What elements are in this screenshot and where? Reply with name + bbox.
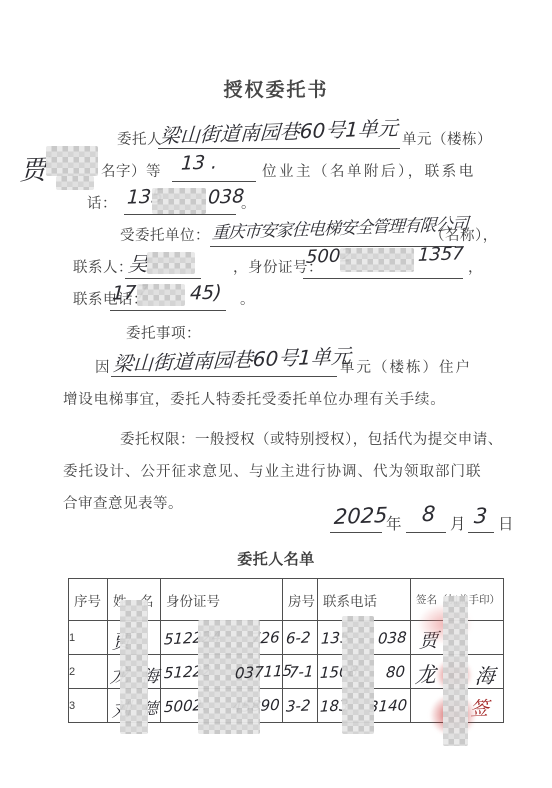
censor-patch bbox=[56, 176, 94, 190]
censor-patch bbox=[120, 600, 148, 734]
censor-patch bbox=[137, 284, 185, 306]
document-page: 授权委托书 委托人 梁山街道南园巷60号1单元 单元（楼栋） 贾 名字）等 13… bbox=[0, 0, 552, 788]
phone-handwriting: 038 bbox=[378, 628, 408, 648]
period-text: 。 bbox=[241, 192, 256, 213]
id-handwriting: 037115 bbox=[234, 661, 292, 682]
signature-handwriting: 龙 bbox=[414, 658, 437, 689]
phone-label: 话： bbox=[87, 192, 117, 213]
form-blank-underline bbox=[110, 310, 226, 311]
row-room: 6-2 bbox=[283, 621, 318, 655]
contact-phone-handwriting-b: 45) bbox=[189, 281, 222, 304]
phone-handwriting: 3140 bbox=[368, 696, 407, 716]
unit-suffix-text: 单元（楼栋） bbox=[402, 128, 492, 149]
row-seq: 1 bbox=[69, 621, 108, 655]
form-blank-underline bbox=[124, 214, 236, 215]
contact-id-handwriting-b: 1357 bbox=[417, 243, 464, 266]
header-seq: 序号 bbox=[69, 579, 108, 621]
header-room: 房号 bbox=[283, 579, 318, 621]
form-blank-underline bbox=[303, 278, 463, 279]
principal-phone-handwriting-b: 038 bbox=[207, 185, 244, 208]
form-blank-underline bbox=[158, 148, 400, 149]
entrusted-unit-label: 受委托单位： bbox=[120, 224, 210, 245]
header-phone: 联系电话 bbox=[318, 579, 411, 621]
signature-handwriting: 海 bbox=[474, 659, 495, 689]
room-handwriting: 6-2 bbox=[286, 628, 311, 647]
name-note-text: （名称）， bbox=[430, 224, 498, 245]
month-label: 月 bbox=[450, 512, 466, 534]
principal-label: 委托人 bbox=[117, 128, 162, 149]
room-handwriting: 3-2 bbox=[286, 696, 311, 715]
matter-line2-text: 增设电梯事宜，委托人特委托受委托单位办理有关手续。 bbox=[63, 388, 446, 409]
phone-handwriting: 80 bbox=[385, 662, 405, 681]
censor-patch bbox=[147, 252, 195, 274]
authority-line3-text: 合审查意见表等。 bbox=[63, 492, 183, 513]
matter-address-handwriting: 梁山街道南园巷60号1单元 bbox=[112, 340, 352, 377]
form-blank-underline bbox=[406, 532, 446, 533]
year-label: 年 bbox=[386, 512, 402, 534]
contact-name-handwriting: 吴 bbox=[127, 248, 149, 278]
date-month-handwriting: 8 bbox=[421, 502, 436, 527]
owner-count-handwriting: 13 . bbox=[180, 151, 217, 174]
day-label: 日 bbox=[498, 512, 514, 534]
form-blank-underline bbox=[172, 181, 256, 182]
censor-patch bbox=[340, 248, 414, 272]
cause-suffix-text: 单元（楼栋）住户 bbox=[340, 356, 472, 377]
contact-label: 联系人： bbox=[73, 256, 133, 277]
censor-patch bbox=[443, 596, 468, 746]
authority-line2-text: 委托设计、公开征求意见、与业主进行协调、代为领取部门联 bbox=[63, 460, 482, 481]
principal-address-handwriting: 梁山街道南园巷60号1单元 bbox=[159, 112, 399, 149]
form-blank-underline bbox=[125, 278, 201, 279]
row-seq: 3 bbox=[69, 689, 108, 723]
censor-patch bbox=[342, 616, 374, 734]
roster-title: 委托人名单 bbox=[0, 548, 552, 569]
censor-patch bbox=[46, 146, 98, 176]
censor-patch bbox=[152, 188, 206, 214]
document-title: 授权委托书 bbox=[0, 75, 552, 102]
owner-name-handwriting: 贾 bbox=[19, 147, 48, 187]
form-blank-underline bbox=[111, 376, 337, 377]
row-seq: 2 bbox=[69, 655, 108, 689]
entrust-matter-label: 委托事项： bbox=[126, 322, 201, 343]
name-suffix-text: 名字）等 bbox=[101, 160, 161, 181]
row-room: 3-2 bbox=[283, 689, 318, 723]
form-blank-underline bbox=[468, 532, 494, 533]
comma-text: ， bbox=[468, 256, 483, 277]
form-blank-underline bbox=[330, 532, 382, 533]
period-text: 。 bbox=[240, 288, 255, 309]
date-day-handwriting: 3 bbox=[473, 504, 488, 529]
authority-line1-text: 委托权限：一般授权（或特别授权），包括代为提交申请、 bbox=[120, 428, 503, 449]
date-year-handwriting: 2025 bbox=[333, 503, 388, 529]
header-id: 身份证号 bbox=[161, 579, 283, 621]
owners-text: 位业主（名单附后），联系电 bbox=[262, 160, 476, 181]
cause-prefix-text: 因 bbox=[95, 356, 110, 377]
